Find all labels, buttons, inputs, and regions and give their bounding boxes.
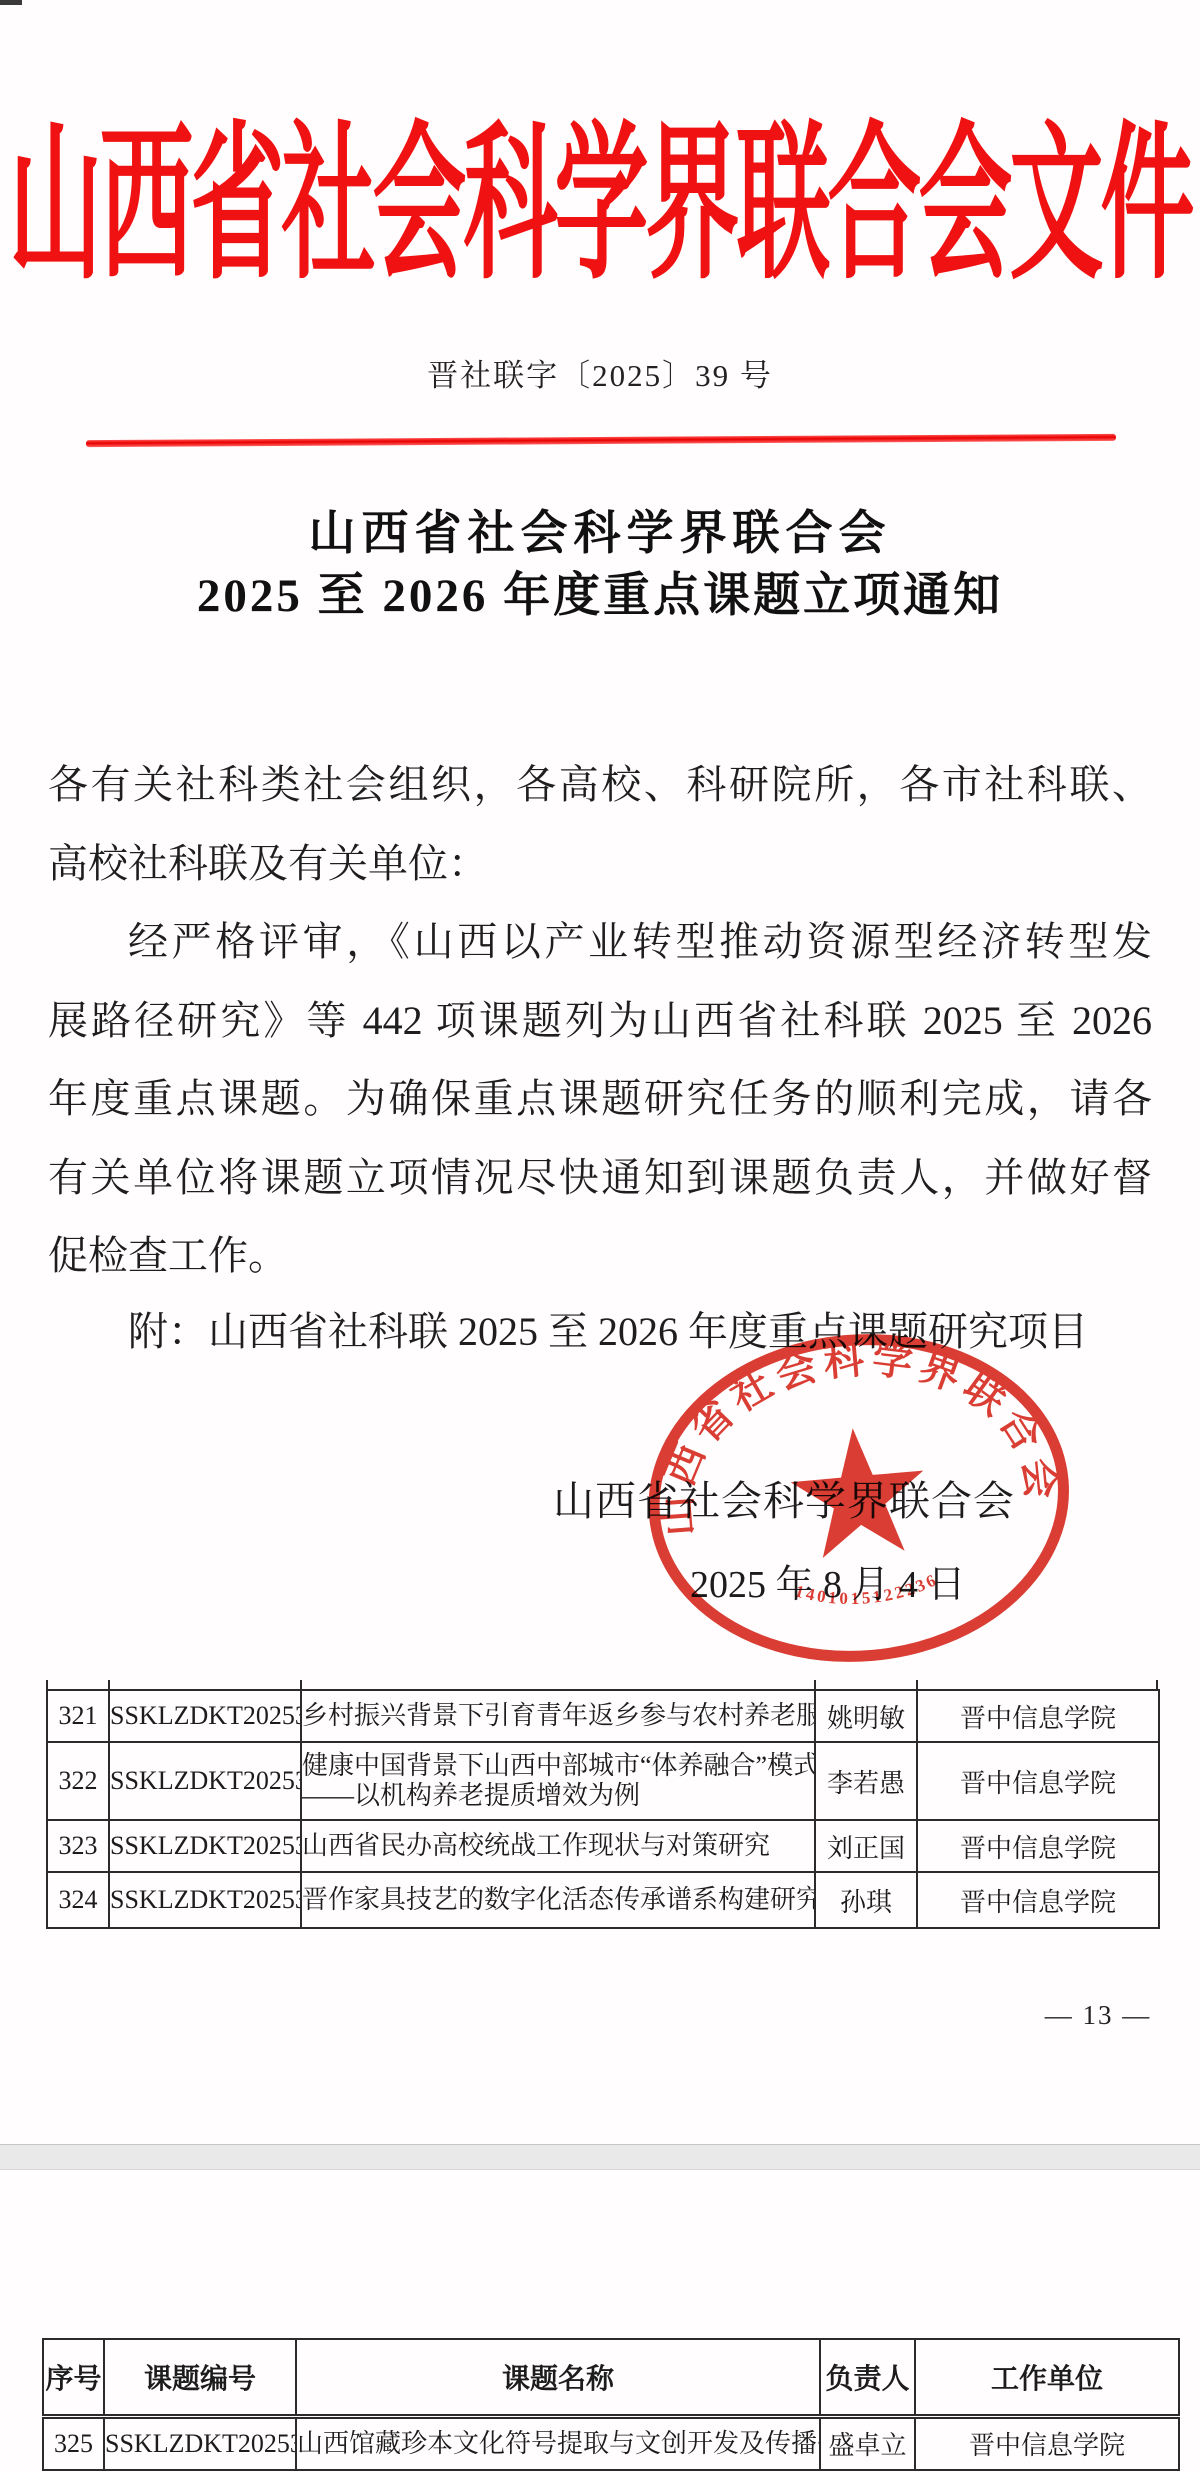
table-continuation-stub [46, 1680, 48, 1689]
body-line: 经严格评审，《山西以产业转型推动资源型经济转型发 [48, 918, 1152, 966]
page-number: — 13 — [1038, 2000, 1158, 2031]
table-row: 322 SSKLZDKT2025322 健康中国背景下山西中部城市“体养融合”模… [47, 1742, 1159, 1820]
row-number-cell: 324 [47, 1872, 109, 1928]
unit-cell: 晋中信息学院 [917, 1742, 1159, 1820]
document-banner: 山西省社会科学界联合会文件 [0, 68, 1200, 203]
scanned-official-document: 山西省社会科学界联合会文件 晋社联字〔2025〕39 号 山西省社会科学界联合会… [0, 0, 1200, 2472]
leader-cell: 孙琪 [815, 1872, 917, 1928]
project-code-cell: SSKLZDKT2025324 [109, 1872, 301, 1928]
project-title-line2: ——以机构养老提质增效为例 [302, 1781, 814, 1811]
project-title-line1: 健康中国背景下山西中部城市“体养融合”模式研究 [302, 1751, 814, 1781]
official-seal: 山西省社会科学界联合会 1401015122236 [624, 1309, 1094, 1691]
row-number-cell: 322 [47, 1742, 109, 1820]
table-row: 325 SSKLZDKT2025325 山西馆藏珍本文化符号提取与文创开发及传播… [43, 2416, 1179, 2470]
header-code: 课题编号 [104, 2339, 296, 2416]
red-divider-rule [86, 434, 1116, 447]
table-header-row: 序号 课题编号 课题名称 负责人 工作单位 [43, 2339, 1179, 2416]
document-banner-title: 山西省社会科学界联合会文件 [8, 68, 1191, 311]
body-line: 年度重点课题。为确保重点课题研究任务的顺利完成，请各 [48, 1075, 1152, 1123]
notice-title-line2: 2025 至 2026 年度重点课题立项通知 [0, 558, 1200, 625]
project-title-cell: 乡村振兴背景下引育青年返乡参与农村养老服务实践研究 [301, 1690, 815, 1742]
page-gap-separator [0, 2144, 1200, 2170]
header-no: 序号 [43, 2339, 104, 2416]
header-leader: 负责人 [820, 2339, 915, 2416]
unit-cell: 晋中信息学院 [917, 1872, 1159, 1928]
header-title: 课题名称 [296, 2339, 820, 2416]
project-table-page13: 321 SSKLZDKT2025321 乡村振兴背景下引育青年返乡参与农村养老服… [46, 1689, 1160, 1929]
table-continuation-stub [108, 1680, 110, 1689]
table-continuation-stub [814, 1680, 816, 1689]
leader-cell: 盛卓立 [820, 2416, 915, 2470]
project-title-cell: 山西馆藏珍本文化符号提取与文创开发及传播体系构建 [296, 2416, 820, 2470]
project-code-cell: SSKLZDKT2025323 [109, 1820, 301, 1872]
table-continuation-stub [916, 1680, 918, 1689]
unit-cell: 晋中信息学院 [915, 2416, 1179, 2470]
row-number-cell: 323 [47, 1820, 109, 1872]
body-line: 各有关社科类社会组织，各高校、科研院所，各市社科联、 [48, 761, 1152, 809]
body-line: 展路径研究》等 442 项课题列为山西省社科联 2025 至 2026 [48, 997, 1152, 1045]
unit-cell: 晋中信息学院 [917, 1690, 1159, 1742]
seal-serial-number: 1401015122236 [791, 1569, 942, 1614]
leader-cell: 姚明敏 [815, 1690, 917, 1742]
svg-text:1401015122236: 1401015122236 [791, 1569, 942, 1614]
project-title-cell: 山西省民办高校统战工作现状与对策研究 [301, 1820, 815, 1872]
row-number-cell: 325 [43, 2416, 104, 2470]
header-unit: 工作单位 [915, 2339, 1179, 2416]
body-line: 有关单位将课题立项情况尽快通知到课题负责人，并做好督 [48, 1154, 1152, 1202]
leader-cell: 刘正国 [815, 1820, 917, 1872]
table-continuation-stub [300, 1680, 302, 1689]
table-row: 321 SSKLZDKT2025321 乡村振兴背景下引育青年返乡参与农村养老服… [47, 1690, 1159, 1742]
leader-cell: 李若愚 [815, 1742, 917, 1820]
project-title-cell: 晋作家具技艺的数字化活态传承谱系构建研究 [301, 1872, 815, 1928]
project-code-cell: SSKLZDKT2025321 [109, 1690, 301, 1742]
seal-star-icon [786, 1422, 930, 1560]
row-number-cell: 321 [47, 1690, 109, 1742]
unit-cell: 晋中信息学院 [917, 1820, 1159, 1872]
project-code-cell: SSKLZDKT2025322 [109, 1742, 301, 1820]
body-line: 促检查工作。 [48, 1232, 1152, 1280]
table-row: 323 SSKLZDKT2025323 山西省民办高校统战工作现状与对策研究 刘… [47, 1820, 1159, 1872]
document-reference-number: 晋社联字〔2025〕39 号 [0, 350, 1200, 395]
project-table-page14: 序号 课题编号 课题名称 负责人 工作单位 325 SSKLZDKT202532… [42, 2338, 1180, 2471]
table-continuation-stub [1156, 1680, 1158, 1689]
project-title-cell: 健康中国背景下山西中部城市“体养融合”模式研究 ——以机构养老提质增效为例 [301, 1742, 815, 1820]
project-code-cell: SSKLZDKT2025325 [104, 2416, 296, 2470]
body-line: 高校社科联及有关单位： [48, 840, 1152, 888]
table-row: 324 SSKLZDKT2025324 晋作家具技艺的数字化活态传承谱系构建研究… [47, 1872, 1159, 1928]
notice-title-line1: 山西省社会科学界联合会 [0, 496, 1200, 563]
scan-artifact [0, 0, 22, 5]
